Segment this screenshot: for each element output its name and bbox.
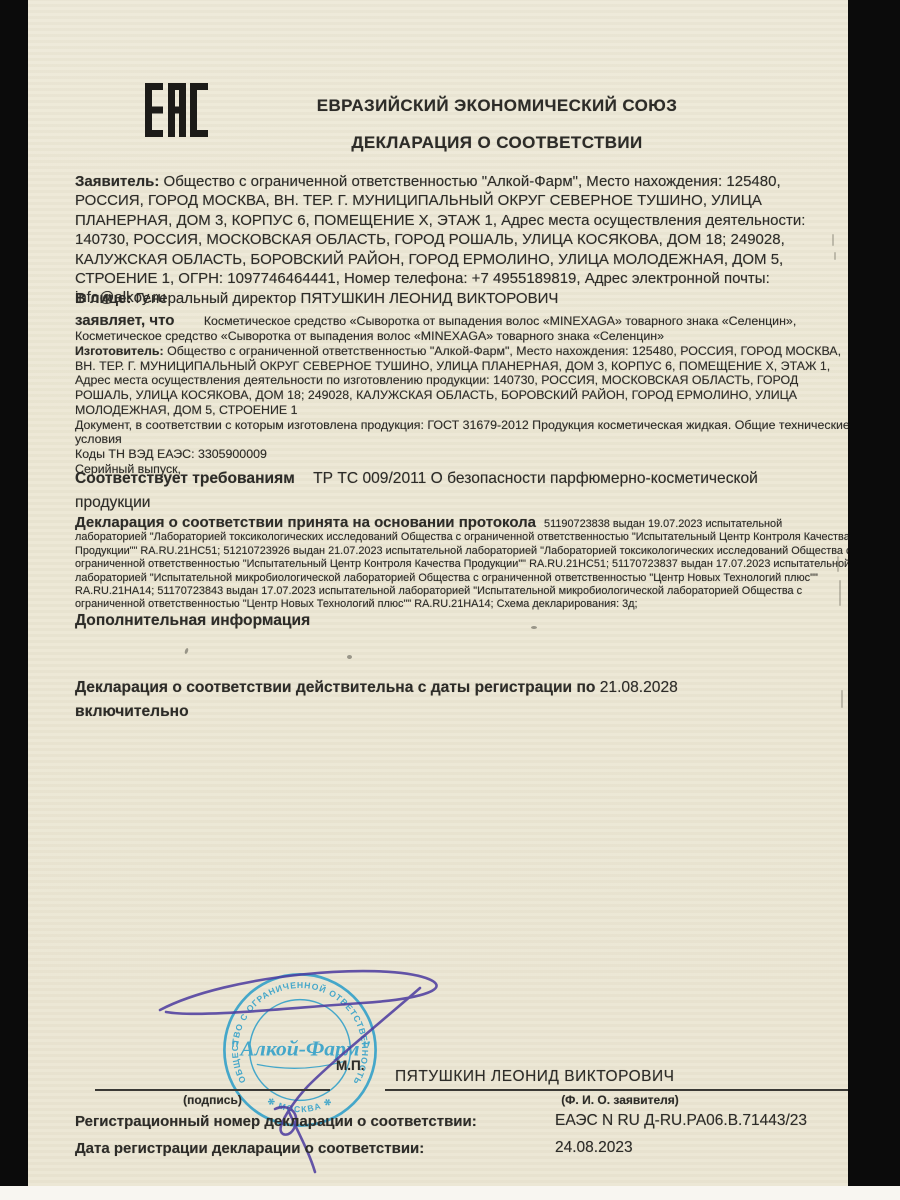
name-line [385, 1089, 848, 1091]
signature-caption: (подпись) [95, 1093, 330, 1107]
scan-artifact [841, 690, 843, 708]
declares-label: заявляет, что [75, 312, 174, 329]
scan-speck [184, 648, 189, 655]
document-page: ЕВРАЗИЙСКИЙ ЭКОНОМИЧЕСКИЙ СОЮЗ ДЕКЛАРАЦИ… [28, 0, 848, 1186]
manufacturer-paragraph: Изготовитель: Общество с ограниченной от… [75, 344, 848, 418]
validity-suffix: включительно [75, 703, 189, 720]
tnved-line: Коды ТН ВЭД ЕАЭС: 3305900009 [75, 447, 848, 462]
applicant-paragraph: Заявитель: Общество с ограниченной ответ… [75, 172, 841, 308]
conformity-label: Соответствует требованиям [75, 470, 295, 487]
applicant-text: Общество с ограниченной ответственностью… [75, 173, 805, 306]
header: ЕВРАЗИЙСКИЙ ЭКОНОМИЧЕСКИЙ СОЮЗ ДЕКЛАРАЦИ… [147, 96, 847, 153]
scan-artifact [832, 234, 834, 246]
registration-date-value: 24.08.2023 [555, 1139, 633, 1157]
validity-paragraph: Декларация о соответствии действительна … [75, 676, 697, 724]
declared-products: Косметическое средство «Сыворотка от вып… [75, 314, 796, 343]
person-label: В лице: [75, 290, 131, 307]
scan-artifact [834, 252, 836, 260]
name-caption: (Ф. И. О. заявителя) [385, 1093, 848, 1107]
manufacturer-block: Изготовитель: Общество с ограниченной от… [75, 344, 848, 476]
qr-code [737, 0, 842, 91]
mp-label: М.П. [336, 1058, 364, 1073]
scan-artifact [837, 556, 839, 572]
additional-info-label: Дополнительная информация [75, 612, 310, 630]
person-line: В лице: Генеральный директор ПЯТУШКИН ЛЕ… [75, 289, 841, 308]
validity-date: 21.08.2028 [600, 679, 678, 696]
declares-paragraph: заявляет, что Косметическое средство «Сы… [75, 313, 847, 344]
protocols-paragraph: Декларация о соответствии принята на осн… [75, 516, 848, 612]
applicant-label: Заявитель: [75, 173, 159, 190]
signature-line [95, 1089, 330, 1091]
registration-number-value: ЕАЭС N RU Д-RU.РА06.В.71443/23 [555, 1112, 807, 1130]
scan-speck [347, 655, 352, 659]
scanner-bed-strip [0, 1186, 900, 1200]
document-title: ДЕКЛАРАЦИЯ О СООТВЕТСТВИИ [147, 133, 847, 153]
protocols-text: 51190723838 выдан 19.07.2023 испытательн… [75, 518, 848, 610]
scan-artifact [839, 580, 841, 606]
product-standard-line: Документ, в соответствии с которым изгот… [75, 418, 848, 447]
scan-speck [531, 626, 537, 629]
registration-date-label: Дата регистрации декларации о соответств… [75, 1140, 424, 1157]
manufacturer-label: Изготовитель: [75, 344, 164, 358]
conformity-paragraph: Соответствует требованиям ТР ТС 009/2011… [75, 467, 790, 515]
union-title: ЕВРАЗИЙСКИЙ ЭКОНОМИЧЕСКИЙ СОЮЗ [147, 96, 847, 116]
validity-label: Декларация о соответствии действительна … [75, 679, 595, 696]
person-text: Генеральный директор ПЯТУШКИН ЛЕОНИД ВИК… [135, 290, 558, 307]
protocols-label: Декларация о соответствии принята на осн… [75, 514, 536, 531]
applicant-name: ПЯТУШКИН ЛЕОНИД ВИКТОРОВИЧ [395, 1068, 674, 1086]
registration-number-label: Регистрационный номер декларации о соотв… [75, 1113, 477, 1130]
manufacturer-text: Общество с ограниченной ответственностью… [75, 344, 841, 417]
